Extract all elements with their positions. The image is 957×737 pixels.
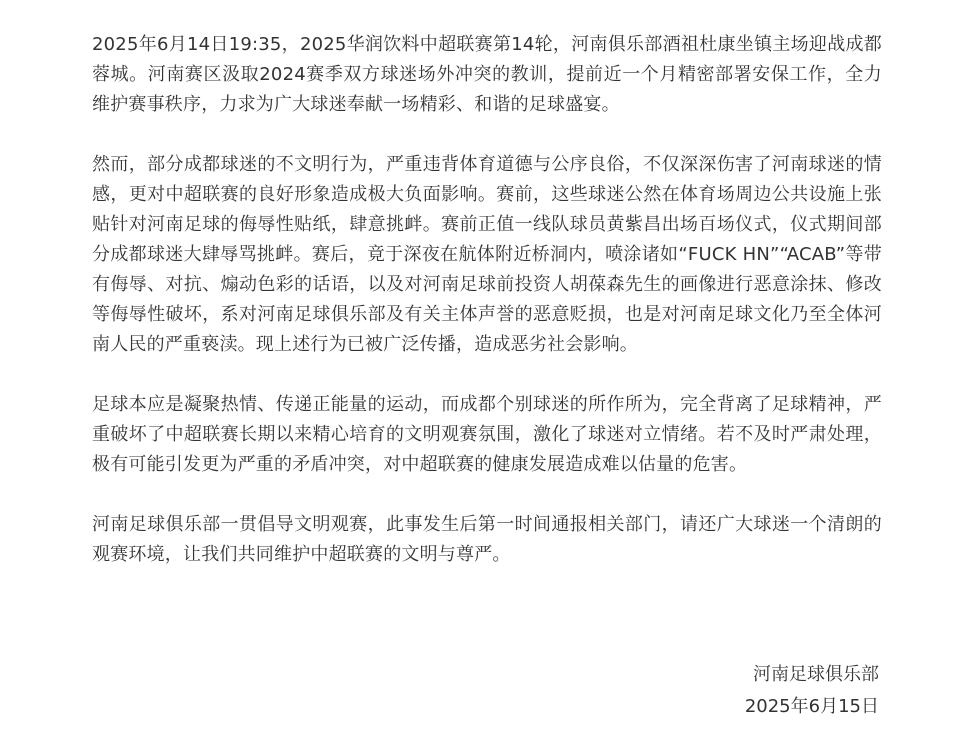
paragraph-incident-details: 然而，部分成都球迷的不文明行为，严重违背体育道德与公序良俗，不仅深深伤害了河南球… <box>92 150 882 360</box>
signature-block: 河南足球俱乐部 2025年6月15日 <box>745 659 879 723</box>
signature-date: 2025年6月15日 <box>745 691 879 723</box>
paragraph-closing: 河南足球俱乐部一贯倡导文明观赛，此事发生后第一时间通报相关部门，请还广大球迷一个… <box>92 510 882 570</box>
paragraph-impact: 足球本应是凝聚热情、传递正能量的运动，而成都个别球迷的所作所为，完全背离了足球精… <box>92 390 882 480</box>
statement-body: 2025年6月14日19:35，2025华润饮料中超联赛第14轮，河南俱乐部酒祖… <box>92 30 882 600</box>
paragraph-match-intro: 2025年6月14日19:35，2025华润饮料中超联赛第14轮，河南俱乐部酒祖… <box>92 30 882 120</box>
signature-organization: 河南足球俱乐部 <box>745 659 879 691</box>
